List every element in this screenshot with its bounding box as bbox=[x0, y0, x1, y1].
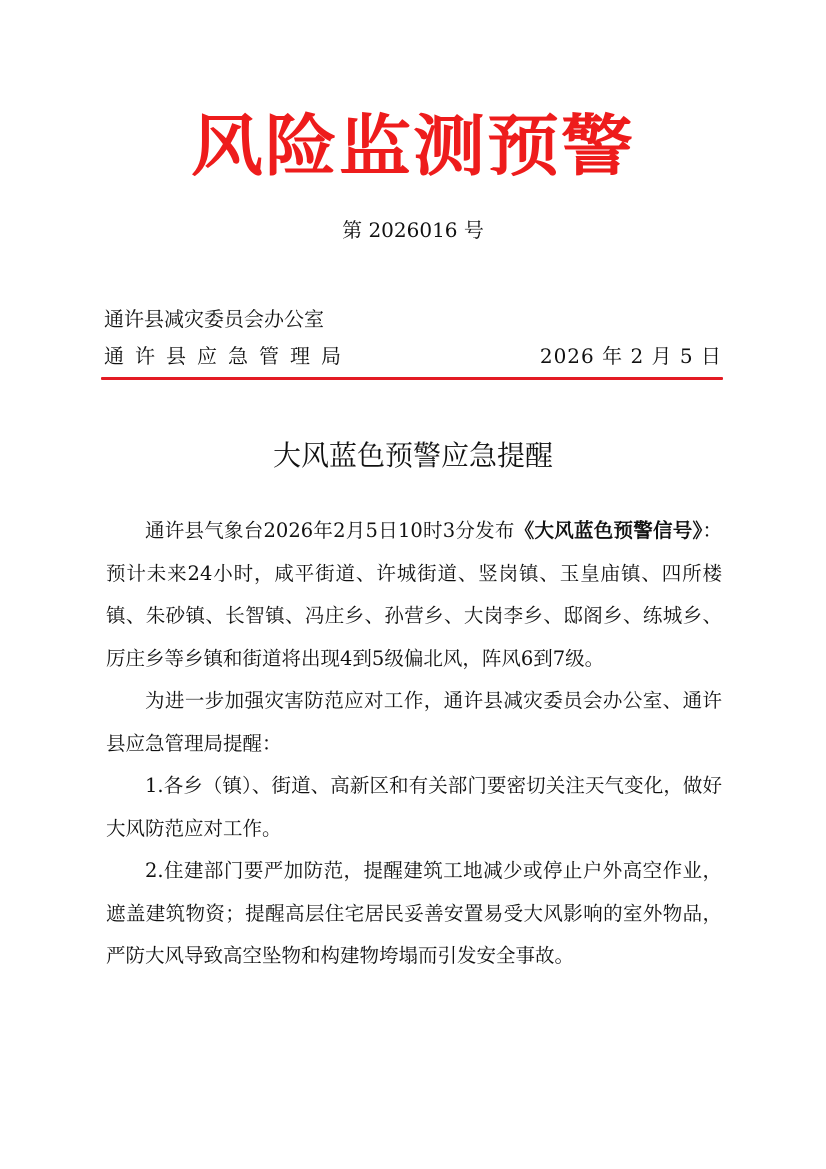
issuer-line-2: 通许县应急管理局 2026 年 2 月 5 日 bbox=[104, 342, 724, 370]
issuer-name-disaster-office: 通许县减灾委员会办公室 bbox=[104, 307, 324, 331]
forecast-lead: 通许县气象台2026年2月5日10时3分发布 bbox=[145, 519, 515, 542]
document-page: 风险监测预警 第 2026016 号 通许县减灾委员会办公室 通许县应急管理局 … bbox=[0, 0, 826, 1169]
issue-date: 2026 年 2 月 5 日 bbox=[540, 342, 722, 370]
paragraph-forecast: 通许县气象台2026年2月5日10时3分发布《大风蓝色预警信号》：预计未来24小… bbox=[106, 510, 722, 680]
document-title: 大风蓝色预警应急提醒 bbox=[0, 436, 826, 476]
paragraph-reminder-intro: 为进一步加强灾害防范应对工作，通许县减灾委员会办公室、通许县应急管理局提醒： bbox=[106, 680, 722, 765]
issuer-name-emergency-bureau: 通许县应急管理局 bbox=[104, 344, 352, 368]
document-body: 通许县气象台2026年2月5日10时3分发布《大风蓝色预警信号》：预计未来24小… bbox=[106, 510, 722, 978]
paragraph-item-1: 1.各乡（镇）、街道、高新区和有关部门要密切关注天气变化，做好大风防范应对工作。 bbox=[106, 765, 722, 850]
issue-number: 第 2026016 号 bbox=[0, 216, 826, 244]
masthead-title: 风险监测预警 bbox=[0, 104, 826, 189]
issuer-line-1: 通许县减灾委员会办公室 bbox=[104, 305, 724, 333]
warning-signal-name: 《大风蓝色预警信号》 bbox=[515, 519, 703, 542]
paragraph-item-2: 2.住建部门要严加防范，提醒建筑工地减少或停止户外高空作业，遮盖建筑物资；提醒高… bbox=[106, 850, 722, 978]
red-separator-rule bbox=[101, 377, 723, 380]
